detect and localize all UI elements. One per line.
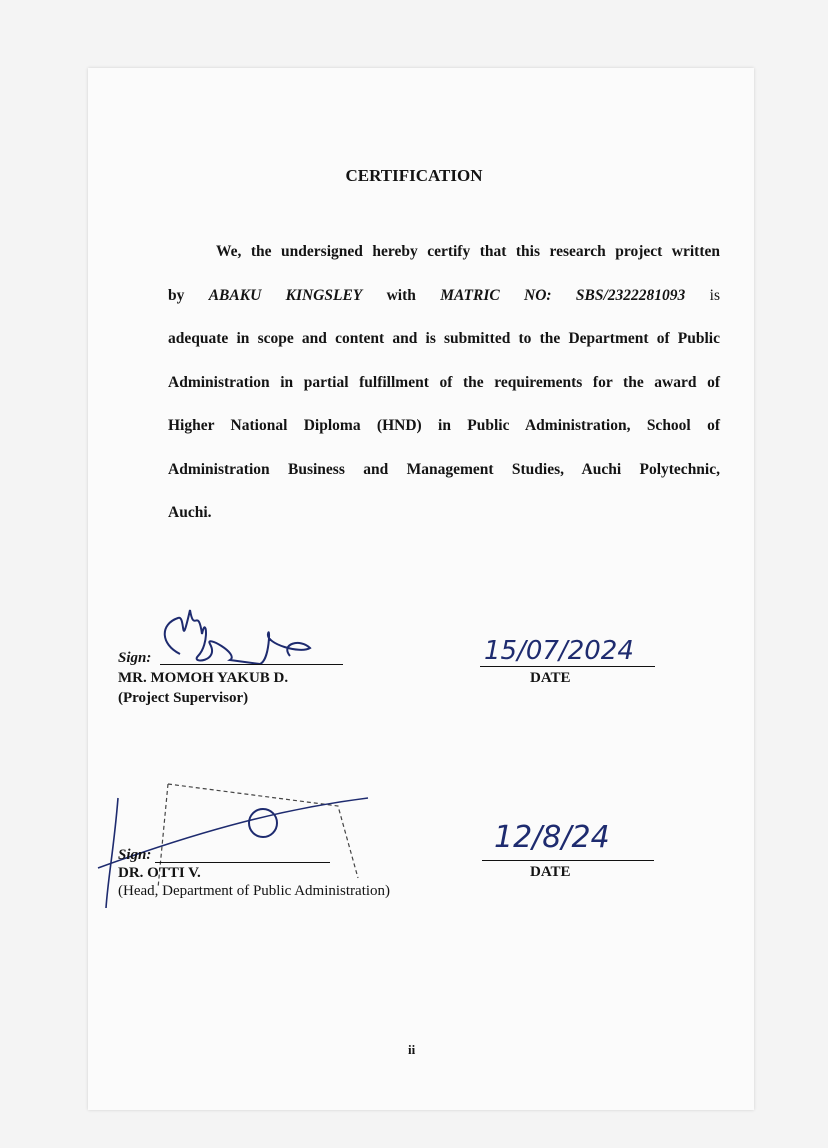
head-role: (Head, Department of Public Administrati…	[118, 882, 390, 900]
matric-number: MATRIC NO: SBS/2322281093	[440, 287, 685, 304]
supervisor-role: (Project Supervisor)	[118, 688, 288, 708]
document-page	[88, 68, 754, 1110]
paragraph-line: We, the undersigned hereby certify that …	[168, 230, 720, 274]
head-date-handwritten: 12/8/24	[494, 820, 610, 855]
supervisor-date-handwritten: 15/07/2024	[484, 636, 634, 666]
page-title: CERTIFICATION	[0, 166, 828, 186]
supervisor-name: MR. MOMOH YAKUB D.	[118, 668, 288, 688]
paragraph-line: adequate in scope and content and is sub…	[168, 317, 720, 361]
head-name: DR. OTTI V.	[118, 864, 390, 882]
certification-paragraph: We, the undersigned hereby certify that …	[168, 230, 720, 535]
supervisor-block: Sign: MR. MOMOH YAKUB D. (Project Superv…	[118, 648, 288, 708]
paragraph-line: Administration Business and Management S…	[168, 448, 720, 492]
student-line: by ABAKU KINGSLEY with MATRIC NO: SBS/23…	[168, 274, 720, 318]
head-block: Sign: DR. OTTI V. (Head, Department of P…	[118, 846, 390, 900]
student-name: ABAKU KINGSLEY	[209, 287, 363, 304]
sign-label: Sign:	[118, 847, 151, 863]
page-number: ii	[408, 1042, 415, 1058]
paragraph-line: Auchi.	[168, 491, 720, 535]
supervisor-date-line	[480, 666, 655, 667]
supervisor-date-label: DATE	[530, 670, 571, 687]
text-by: by	[168, 287, 184, 304]
head-date-line	[482, 860, 654, 861]
head-date-label: DATE	[530, 864, 571, 881]
supervisor-sign-line	[160, 664, 343, 665]
text-is: is	[710, 287, 720, 304]
head-sign-line	[155, 862, 330, 863]
text-with: with	[387, 287, 416, 304]
paragraph-line: Administration in partial fulfillment of…	[168, 361, 720, 405]
paragraph-line: Higher National Diploma (HND) in Public …	[168, 404, 720, 448]
sign-label: Sign:	[118, 650, 151, 666]
